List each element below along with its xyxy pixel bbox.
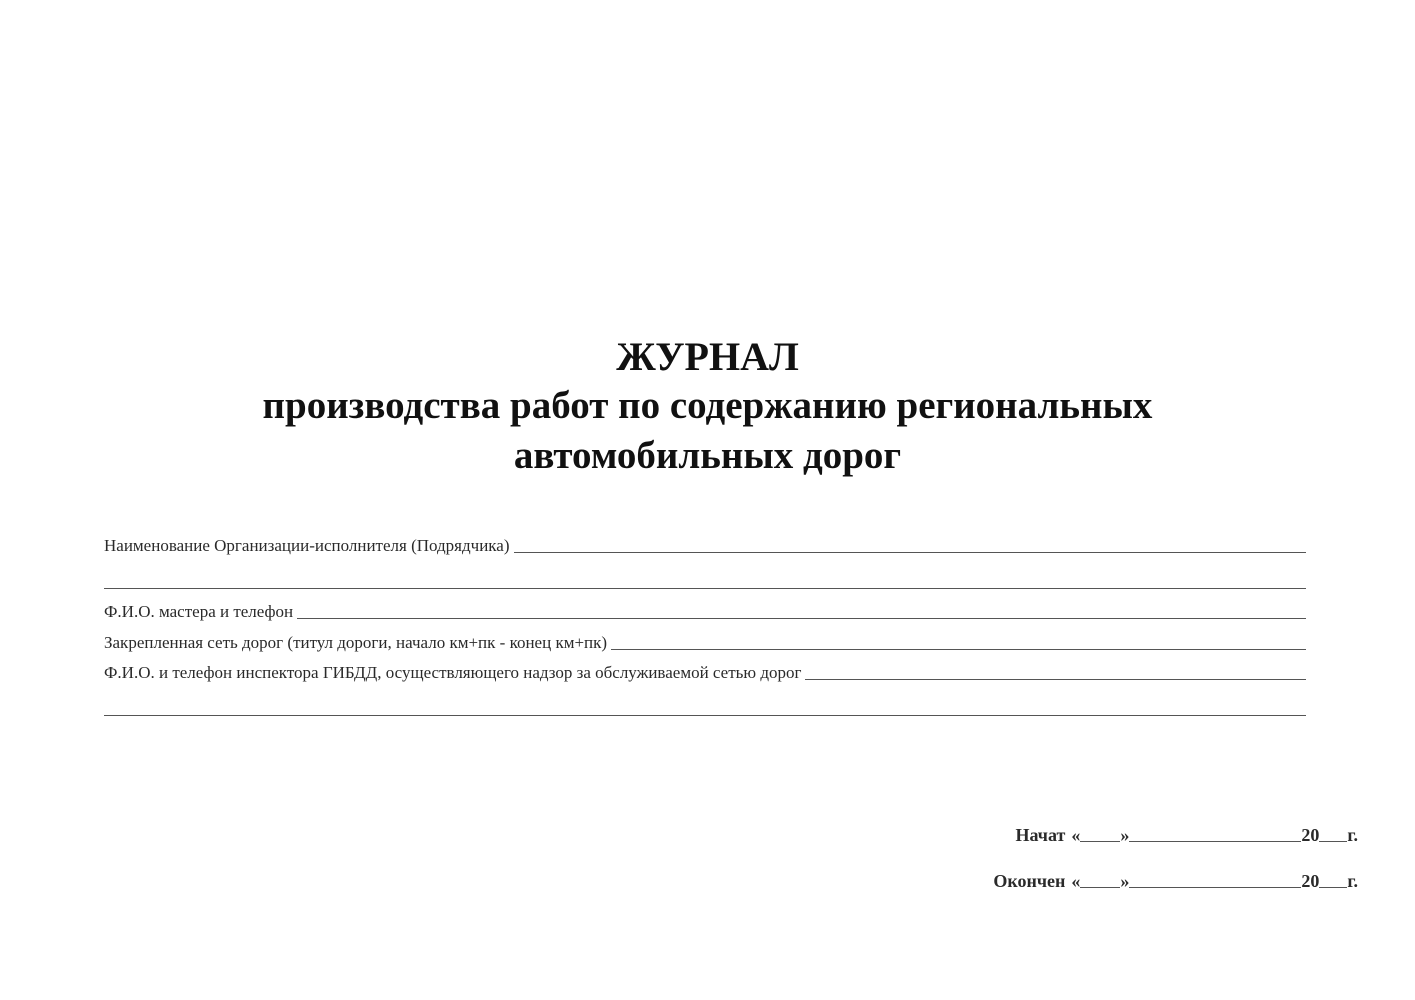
open-quote: « — [1071, 871, 1080, 892]
year-suffix: г. — [1347, 871, 1358, 892]
century: 20 — [1301, 825, 1319, 846]
document-subtitle-line-2: автомобильных дорог — [0, 431, 1415, 481]
field-contractor-name-continuation — [104, 556, 1306, 592]
date-started-label: Начат — [1016, 825, 1066, 846]
date-ended-day-input[interactable] — [1080, 887, 1120, 888]
field-label: Наименование Организации-исполнителя (По… — [104, 536, 514, 556]
traffic-inspector-continuation-line[interactable] — [104, 715, 1306, 716]
contractor-name-continuation-line[interactable] — [104, 588, 1306, 589]
traffic-inspector-input-line[interactable] — [805, 679, 1306, 680]
contractor-name-input-line[interactable] — [514, 552, 1306, 553]
field-contractor-name: Наименование Организации-исполнителя (По… — [104, 528, 1306, 556]
field-traffic-inspector: Ф.И.О. и телефон инспектора ГИБДД, осуще… — [104, 653, 1306, 683]
date-started-month-input[interactable] — [1129, 841, 1301, 842]
date-ended-month-input[interactable] — [1129, 887, 1301, 888]
century: 20 — [1301, 871, 1319, 892]
road-network-input-line[interactable] — [611, 649, 1306, 650]
date-started-year-input[interactable] — [1319, 841, 1347, 842]
close-quote: » — [1120, 871, 1129, 892]
date-started: Начат « » 20 г. — [993, 800, 1358, 846]
field-label: Ф.И.О. мастера и телефон — [104, 602, 297, 622]
date-ended: Окончен « » 20 г. — [993, 846, 1358, 892]
document-title: ЖУРНАЛ — [0, 333, 1415, 381]
document-subtitle-line-1: производства работ по содержанию региона… — [0, 381, 1415, 431]
year-suffix: г. — [1347, 825, 1358, 846]
close-quote: » — [1120, 825, 1129, 846]
document-title-block: ЖУРНАЛ производства работ по содержанию … — [0, 333, 1415, 481]
field-traffic-inspector-continuation — [104, 683, 1306, 719]
form-fields: Наименование Организации-исполнителя (По… — [104, 528, 1306, 719]
open-quote: « — [1071, 825, 1080, 846]
field-foreman: Ф.И.О. мастера и телефон — [104, 592, 1306, 622]
date-ended-year-input[interactable] — [1319, 887, 1347, 888]
date-ended-label: Окончен — [993, 871, 1065, 892]
field-label: Ф.И.О. и телефон инспектора ГИБДД, осуще… — [104, 663, 805, 683]
field-label: Закрепленная сеть дорог (титул дороги, н… — [104, 633, 611, 653]
foreman-input-line[interactable] — [297, 618, 1306, 619]
date-started-day-input[interactable] — [1080, 841, 1120, 842]
journal-dates: Начат « » 20 г. Окончен « » 20 г. — [993, 800, 1358, 892]
field-road-network: Закрепленная сеть дорог (титул дороги, н… — [104, 622, 1306, 653]
